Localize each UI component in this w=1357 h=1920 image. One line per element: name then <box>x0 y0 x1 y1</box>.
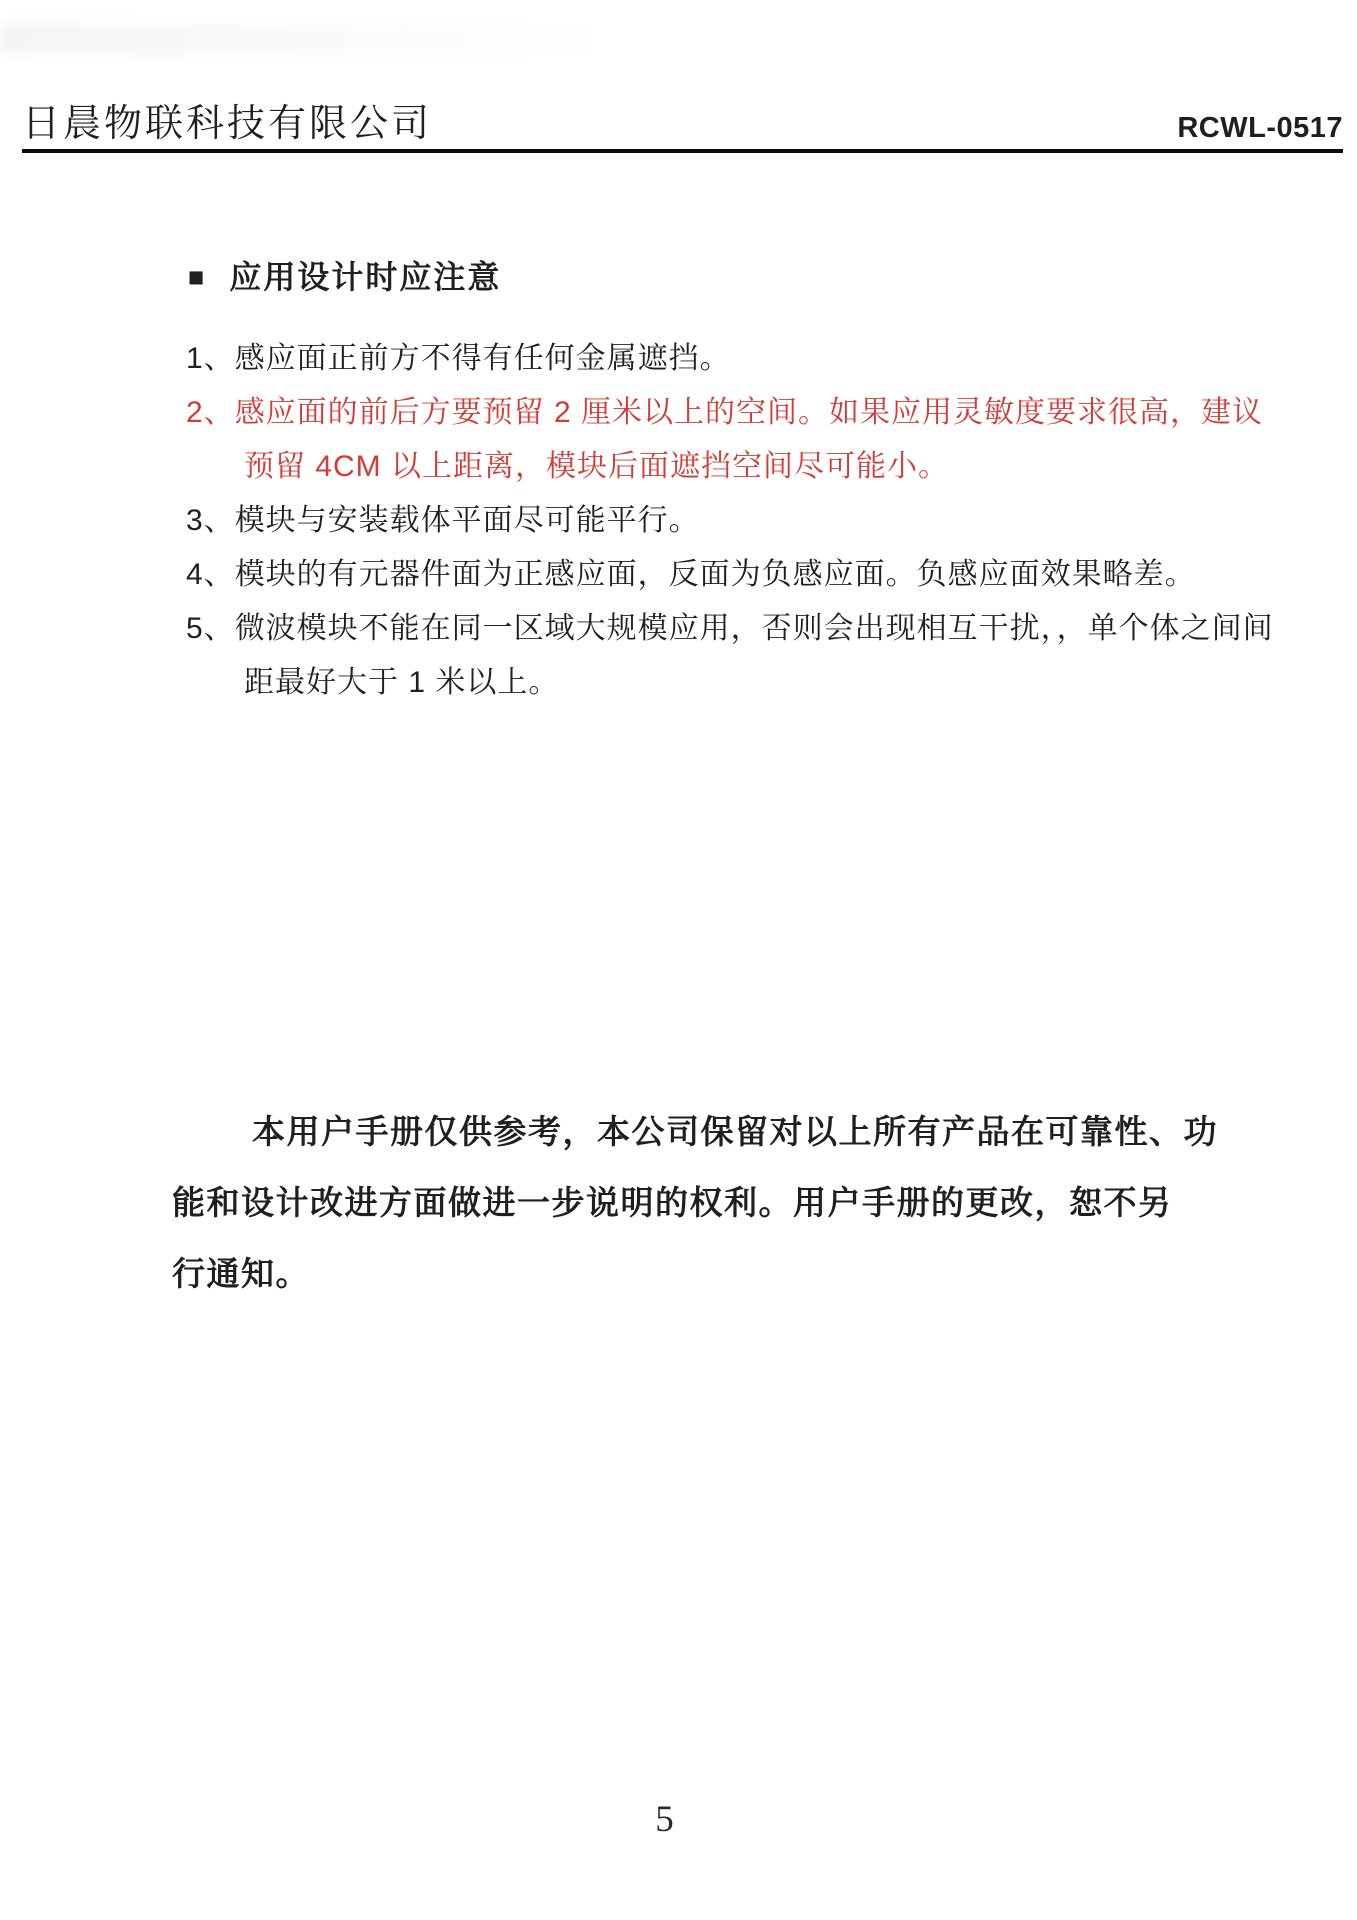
note-item-1: 1、感应面正前方不得有任何金属遮挡。 <box>186 332 1274 386</box>
disclaimer-line-3: 行通知。 <box>172 1238 1218 1309</box>
notes-list: 1、感应面正前方不得有任何金属遮挡。 2、感应面的前后方要预留 2 厘米以上的空… <box>186 332 1274 710</box>
section-heading: ■应用设计时应注意 <box>188 252 501 298</box>
note-item-5: 5、微波模块不能在同一区域大规模应用，否则会出现相互干扰，，单个体之间间 <box>186 602 1274 656</box>
page-header: 日晨物联科技有限公司 RCWL-0517 <box>22 104 1343 153</box>
square-bullet-icon: ■ <box>188 262 206 292</box>
note-item-2-continuation: 预留 4CM 以上距离，模块后面遮挡空间尽可能小。 <box>186 440 1274 494</box>
disclaimer-line-2: 能和设计改进方面做进一步说明的权利。用户手册的更改，恕不另 <box>172 1167 1218 1238</box>
note-item-5-continuation: 距最好大于 1 米以上。 <box>186 656 1274 710</box>
note-text: 微波模块不能在同一区域大规模应用，否则会出现相互干扰，，单个体之间间 <box>235 612 1274 645</box>
page-number: 5 <box>0 1798 1343 1841</box>
document-page: 日晨物联科技有限公司 RCWL-0517 ■应用设计时应注意 1、感应面正前方不… <box>0 0 1357 1920</box>
note-number: 3、 <box>186 494 235 548</box>
note-item-4: 4、模块的有元器件面为正感应面，反面为负感应面。负感应面效果略差。 <box>186 548 1274 602</box>
note-text: 模块的有元器件面为正感应面，反面为负感应面。负感应面效果略差。 <box>235 558 1196 591</box>
note-text: 预留 4CM 以上距离，模块后面遮挡空间尽可能小。 <box>244 450 949 483</box>
note-text: 感应面正前方不得有任何金属遮挡。 <box>235 342 731 375</box>
note-number: 2、 <box>186 386 235 440</box>
section-title: 应用设计时应注意 <box>229 259 501 295</box>
disclaimer-line-1: 本用户手册仅供参考，本公司保留对以上所有产品在可靠性、功 <box>172 1096 1218 1167</box>
note-number: 1、 <box>186 332 235 386</box>
note-text: 距最好大于 1 米以上。 <box>244 666 559 699</box>
document-code: RCWL-0517 <box>1177 112 1343 145</box>
note-number: 4、 <box>186 548 235 602</box>
note-number: 5、 <box>186 602 235 656</box>
disclaimer-paragraph: 本用户手册仅供参考，本公司保留对以上所有产品在可靠性、功 能和设计改进方面做进一… <box>172 1096 1218 1309</box>
note-item-2: 2、感应面的前后方要预留 2 厘米以上的空间。如果应用灵敏度要求很高，建议 <box>186 386 1274 440</box>
note-text: 感应面的前后方要预留 2 厘米以上的空间。如果应用灵敏度要求很高，建议 <box>235 396 1263 429</box>
company-name: 日晨物联科技有限公司 <box>22 104 432 146</box>
scan-noise <box>0 24 620 54</box>
note-item-3: 3、模块与安装载体平面尽可能平行。 <box>186 494 1274 548</box>
note-text: 模块与安装载体平面尽可能平行。 <box>235 504 700 537</box>
